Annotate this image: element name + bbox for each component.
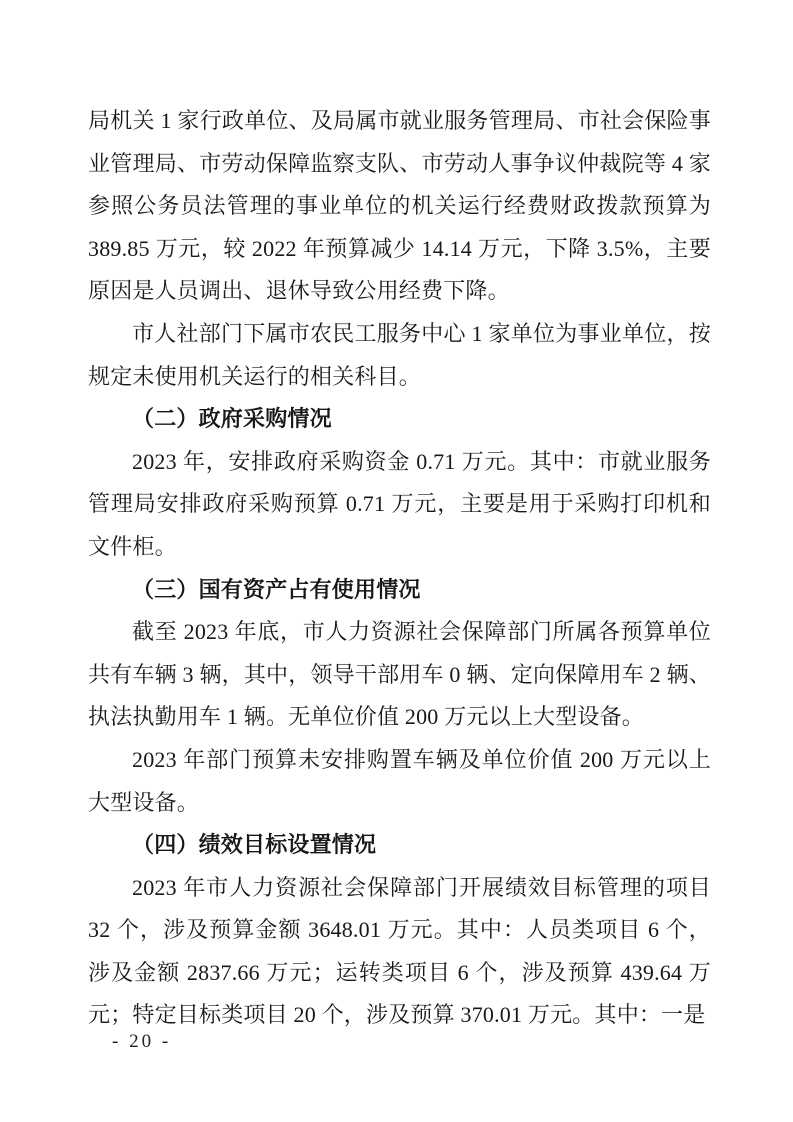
page-number: - 20 -: [112, 1031, 171, 1053]
section-heading-performance-targets: （四）绩效目标设置情况: [88, 824, 711, 867]
section-heading-state-assets: （三）国有资产占有使用情况: [88, 569, 711, 612]
paragraph-procurement-detail: 2023 年，安排政府采购资金 0.71 万元。其中：市就业服务管理局安排政府采…: [88, 441, 711, 569]
document-text-block: 局机关 1 家行政单位、及局属市就业服务管理局、市社会保险事业管理局、市劳动保障…: [88, 100, 711, 1037]
paragraph-vehicles-detail: 截至 2023 年底，市人力资源社会保障部门所属各预算单位共有车辆 3 辆，其中…: [88, 611, 711, 739]
paragraph-performance-detail: 2023 年市人力资源社会保障部门开展绩效目标管理的项目 32 个，涉及预算金额…: [88, 867, 711, 1037]
paragraph-admin-operating-funds: 局机关 1 家行政单位、及局属市就业服务管理局、市社会保险事业管理局、市劳动保障…: [88, 100, 711, 313]
paragraph-subordinate-unit: 市人社部门下属市农民工服务中心 1 家单位为事业单位，按规定未使用机关运行的相关…: [88, 313, 711, 398]
section-heading-government-procurement: （二）政府采购情况: [88, 398, 711, 441]
document-page: 局机关 1 家行政单位、及局属市就业服务管理局、市社会保险事业管理局、市劳动保障…: [0, 0, 793, 1122]
paragraph-no-new-purchases: 2023 年部门预算未安排购置车辆及单位价值 200 万元以上大型设备。: [88, 739, 711, 824]
